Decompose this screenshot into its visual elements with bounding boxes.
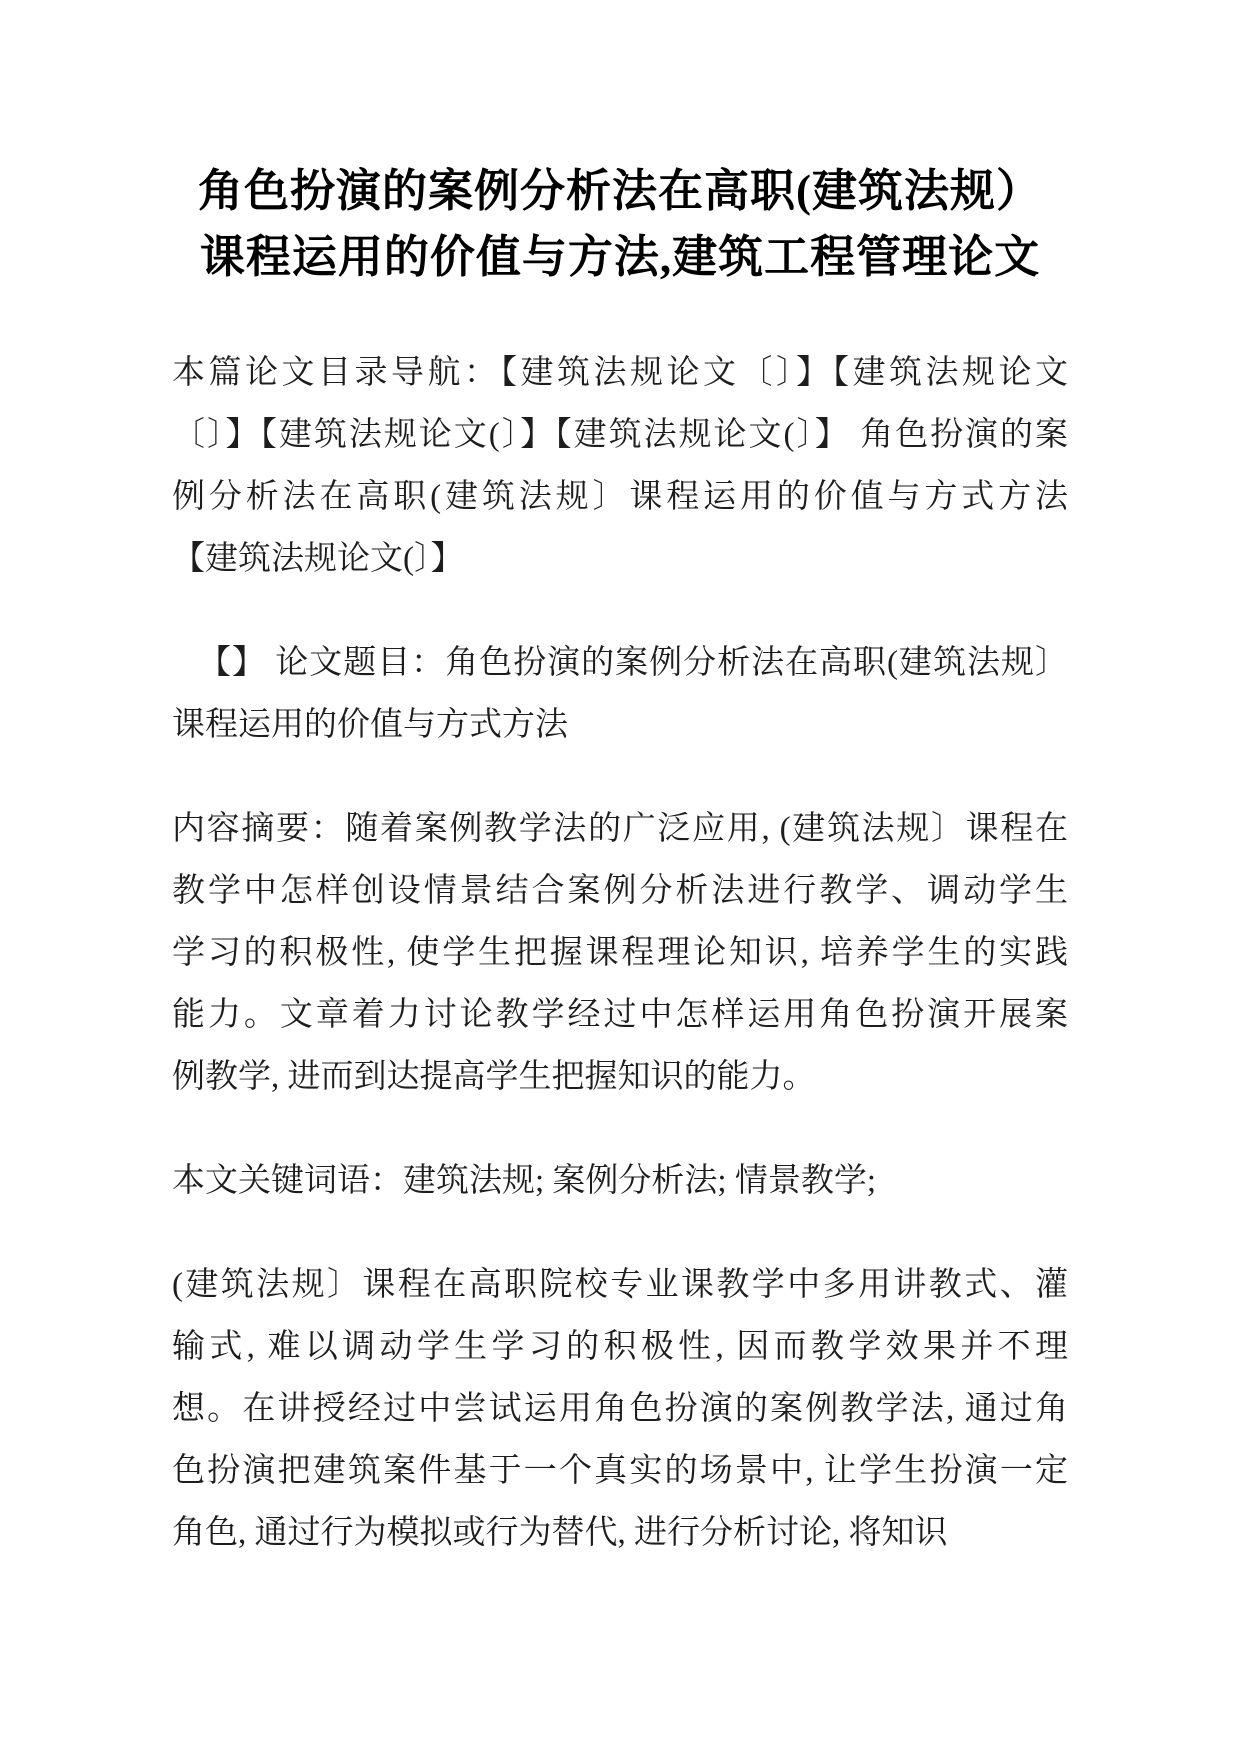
paragraph-paper-topic: 【】 论文题目：角色扮演的案例分析法在高职(建筑法规〕 课程运用的价值与方式方法 [172,632,1068,756]
title-line-2: 课程运用的价值与方法,建筑工程管理论文 [172,224,1068,290]
paragraph-body-intro: (建筑法规〕课程在高职院校专业课教学中多用讲教式、灌 输式, 难以调动学生学习的… [172,1254,1068,1564]
text-line: 想。在讲授经过中尝试运用角色扮演的案例教学法, 通过角 [172,1378,1068,1440]
text-line: 能力。文章着力讨论教学经过中怎样运用角色扮演开展案 [172,984,1068,1046]
text-line: 例教学, 进而到达提高学生把握知识的能力。 [172,1046,1068,1108]
text-line: 〔〕】【建筑法规论文(〕】【建筑法规论文(〕】 角色扮演的案 [172,404,1068,466]
text-line: 内容摘要：随着案例教学法的广泛应用, (建筑法规〕课程在 [172,798,1068,860]
title-line-1: 角色扮演的案例分析法在高职(建筑法规） [172,158,1068,224]
paragraph-keywords: 本文关键词语：建筑法规; 案例分析法; 情景教学; [172,1150,1068,1212]
text-line: 例分析法在高职(建筑法规〕课程运用的价值与方式方法 [172,466,1068,528]
text-line: 【】 论文题目：角色扮演的案例分析法在高职(建筑法规〕 [172,632,1068,694]
text-line: 角色, 通过行为模拟或行为替代, 进行分析讨论, 将知识 [172,1502,1068,1564]
text-line: 学习的积极性, 使学生把握课程理论知识, 培养学生的实践 [172,922,1068,984]
text-line: 色扮演把建筑案件基于一个真实的场景中, 让学生扮演一定 [172,1440,1068,1502]
paragraph-toc-navigation: 本篇论文目录导航：【建筑法规论文〔〕】【建筑法规论文 〔〕】【建筑法规论文(〕】… [172,342,1068,590]
document-title: 角色扮演的案例分析法在高职(建筑法规） 课程运用的价值与方法,建筑工程管理论文 [172,158,1068,290]
text-line: 【建筑法规论文(〕】 [172,528,1068,590]
document-content: 角色扮演的案例分析法在高职(建筑法规） 课程运用的价值与方法,建筑工程管理论文 … [0,0,1240,1564]
text-line: 课程运用的价值与方式方法 [172,694,1068,756]
text-line: 本篇论文目录导航：【建筑法规论文〔〕】【建筑法规论文 [172,342,1068,404]
text-line: 输式, 难以调动学生学习的积极性, 因而教学效果并不理 [172,1316,1068,1378]
text-line: 教学中怎样创设情景结合案例分析法进行教学、调动学生 [172,860,1068,922]
text-line: (建筑法规〕课程在高职院校专业课教学中多用讲教式、灌 [172,1254,1068,1316]
text-line: 本文关键词语：建筑法规; 案例分析法; 情景教学; [172,1150,1068,1212]
document-page: 角色扮演的案例分析法在高职(建筑法规） 课程运用的价值与方法,建筑工程管理论文 … [0,0,1240,1753]
paragraph-abstract: 内容摘要：随着案例教学法的广泛应用, (建筑法规〕课程在 教学中怎样创设情景结合… [172,798,1068,1108]
